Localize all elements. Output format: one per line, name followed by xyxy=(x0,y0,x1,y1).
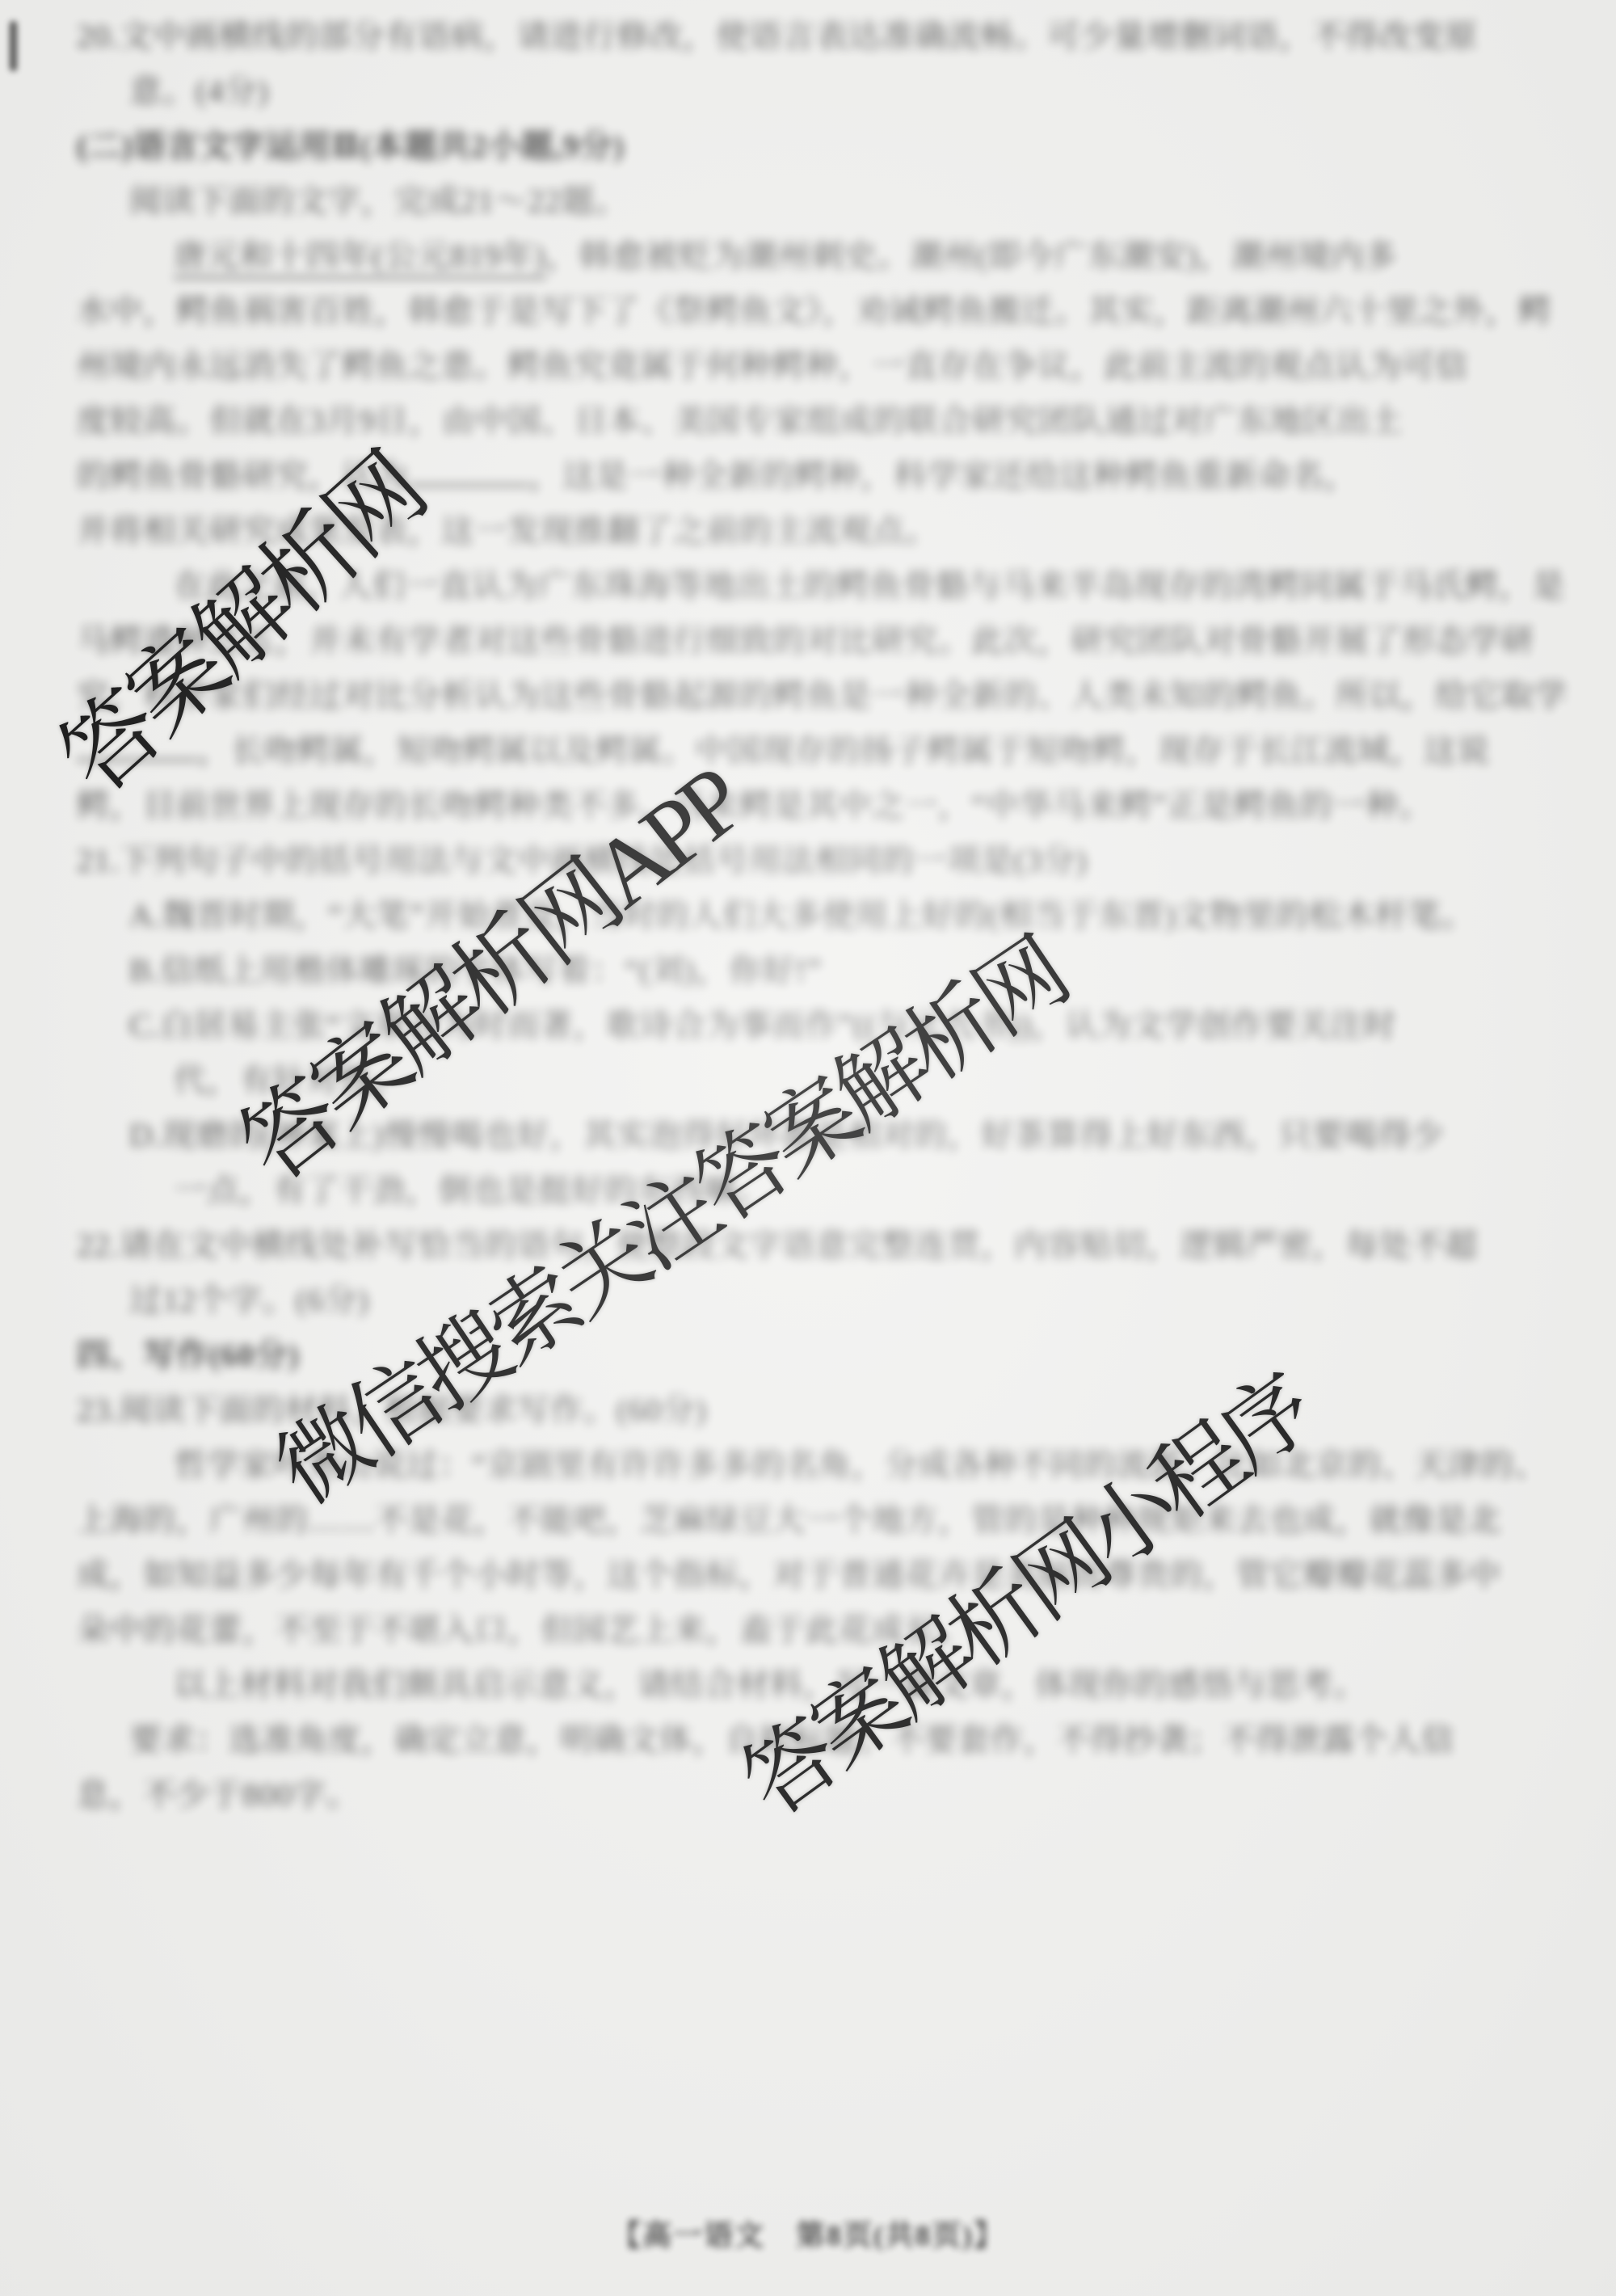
text-line: ，长吻鳄属，短吻鳄属以及鳄属。中国现存的扬子鳄属于短吻鳄，现存于长江流域，这说 xyxy=(0,723,1616,778)
text-line: C.白居易主张“文章合为时而著，歌诗合为事而作”((与元九书))，认为文学创作要… xyxy=(0,998,1616,1053)
line-text: 鳄，目前世界上现存的长吻鳄种类不多，马来鳄是其中之一，“中华马来鳄”正是鳄鱼的一… xyxy=(77,787,1433,824)
text-line: 上海的，广州的……不是花，不能吧，芝麻绿豆大一个地方，管的是种种规矩来去也成，就… xyxy=(0,1493,1616,1548)
text-line: 四、写作(60分) xyxy=(0,1328,1616,1383)
exam-page: 20.文中画横线的部分有语病，请进行修改，使语言表达准确流畅。可少量增删词语，不… xyxy=(0,0,1616,2296)
text-line: 哲学家叶秀山说过：“京剧里有许许多多的名角，分成各种不同的流派，比如北京的、天津… xyxy=(0,1438,1616,1493)
line-text: 究，科学家们经过对比分析认为这些骨骼起源的鳄鱼是一种全新的、人类未知的鳄鱼。所以… xyxy=(77,677,1568,714)
text-line: A.魏晋时期，“大笔”开始普及，当时的人们大多使用上好的(相当于东晋)文物里的松… xyxy=(0,888,1616,943)
text-line: 阅读下面的文字，完成21～22题。 xyxy=(0,174,1616,229)
line-text: 成，如知益多少每年有千个小时等，这个指标，对于普通花卉是美丽而尊贵的，管它瓣瓣花… xyxy=(77,1557,1501,1593)
text-line: 意。(4分) xyxy=(0,64,1616,119)
line-text: ，长吻鳄属，短吻鳄属以及鳄属。中国现存的扬子鳄属于短吻鳄，现存于长江流域，这说 xyxy=(198,732,1490,769)
line-text: 阅读下面的文字，完成21～22题。 xyxy=(129,183,628,219)
line-text: 州境内永远消失了鳄鱼之患。鳄鱼究竟属于何种鳄种，一直存在争议，此前主流的观点认为… xyxy=(77,348,1468,384)
line-text: 朵中的花蕾，不至于不堪入口，但园艺上来，盍于此花成长。 xyxy=(77,1611,971,1648)
text-line: 州境内永远消失了鳄鱼之患。鳄鱼究竟属于何种鳄种，一直存在争议，此前主流的观点认为… xyxy=(0,339,1616,394)
text-line: 唐元和十四年(公元819年)，韩愈被贬为潮州刺史。潮州(即今广东潮安)，潮州境内… xyxy=(0,229,1616,284)
line-text: 22.请在文中横线处补写恰当的语句，使整段文字语意完整连贯，内容贴切，逻辑严密，… xyxy=(77,1227,1478,1263)
text-line: 21.下列句子中的括号用法与文中画横线处括号用法相同的一项是(3分) xyxy=(0,833,1616,888)
text-line: B.信纸上用楷体雕琢的字体写着：“(刘)，你好!” xyxy=(0,943,1616,998)
underlined-segment: 唐元和十四年(公元819年) xyxy=(174,238,546,279)
text-line: 水中，鳄鱼祸害百姓，韩愈于是写下了《祭鳄鱼文》，劝诫鳄鱼搬迁。其实，距离潮州六十… xyxy=(0,284,1616,339)
text-line: 朵中的花蕾，不至于不堪入口，但园艺上来，盍于此花成长。 xyxy=(0,1603,1616,1658)
line-text: 水中，鳄鱼祸害百姓，韩愈于是写下了《祭鳄鱼文》，劝诫鳄鱼搬迁。其实，距离潮州六十… xyxy=(77,293,1551,329)
line-text: 四、写作(60分) xyxy=(77,1337,300,1373)
text-line: 过12个字。(6分) xyxy=(0,1273,1616,1328)
exam-text-block: 20.文中画横线的部分有语病，请进行修改，使语言表达准确流畅。可少量增删词语，不… xyxy=(0,9,1616,1822)
line-text: 度较高。但就在3月9日，由中国、日本、美国专家组成的联合研究团队通过对广东地区出… xyxy=(77,402,1403,439)
line-text: 意。(4分) xyxy=(129,73,269,109)
line-text: 20.文中画横线的部分有语病，请进行修改，使语言表达准确流畅。可少量增删词语，不… xyxy=(77,18,1478,54)
line-text: 息，不少于800字。 xyxy=(77,1776,360,1813)
text-line: 度较高。但就在3月9日，由中国、日本、美国专家组成的联合研究团队通过对广东地区出… xyxy=(0,394,1616,449)
text-line: 鳄，目前世界上现存的长吻鳄种类不多，马来鳄是其中之一，“中华马来鳄”正是鳄鱼的一… xyxy=(0,778,1616,833)
line-text: C.白居易主张“文章合为时而著，歌诗合为事而作”((与元九书))，认为文学创作要… xyxy=(129,1007,1396,1043)
line-text: ，韩愈被贬为潮州刺史。潮州(即今广东潮安)，潮州境内多 xyxy=(546,238,1398,274)
text-line: 20.文中画横线的部分有语病，请进行修改，使语言表达准确流畅。可少量增删词语，不… xyxy=(0,9,1616,64)
line-text: 过12个字。(6分) xyxy=(129,1282,369,1318)
text-line: 23.阅读下面的材料，根据要求写作。(60分) xyxy=(0,1383,1616,1438)
text-line: 成，如知益多少每年有千个小时等，这个指标，对于普通花卉是美丽而尊贵的，管它瓣瓣花… xyxy=(0,1548,1616,1603)
text-line: 的鳄鱼骨骼研究，认为，这是一种全新的鳄种，科学家还给这种鳄鱼重新命名， xyxy=(0,449,1616,503)
line-text: 并将相关研究成果发表，这一发现推翻了之前的主流观点。 xyxy=(77,512,938,549)
text-line: (二)语言文字运用Ⅱ(本题共2小题,9分) xyxy=(0,119,1616,174)
line-text: 在此之前，人们一直认为广东珠海等地出土的鳄鱼骨骼与马来半岛现存的湾鳄同属于马氏鳄… xyxy=(174,567,1565,604)
answer-blank xyxy=(408,476,529,487)
line-text: A.魏晋时期，“大笔”开始普及，当时的人们大多使用上好的(相当于东晋)文物里的松… xyxy=(129,897,1475,933)
line-text: (二)语言文字运用Ⅱ(本题共2小题,9分) xyxy=(77,128,625,164)
line-text: 以上材料对我们颇具启示意义，请结合材料，写一篇文章，体现你的感悟与思考。 xyxy=(174,1666,1366,1703)
line-text: 上海的，广州的……不是花，不能吧，芝麻绿豆大一个地方，管的是种种规矩来去也成，就… xyxy=(77,1502,1501,1538)
line-text: ，这是一种全新的鳄种，科学家还给这种鳄鱼重新命名， xyxy=(529,457,1357,494)
text-line: 并将相关研究成果发表，这一发现推翻了之前的主流观点。 xyxy=(0,503,1616,558)
text-line: 22.请在文中横线处补写恰当的语句，使整段文字语意完整连贯，内容贴切，逻辑严密，… xyxy=(0,1218,1616,1273)
page-footer: 【高一语文 第8页(共8页)】 xyxy=(0,2213,1616,2254)
